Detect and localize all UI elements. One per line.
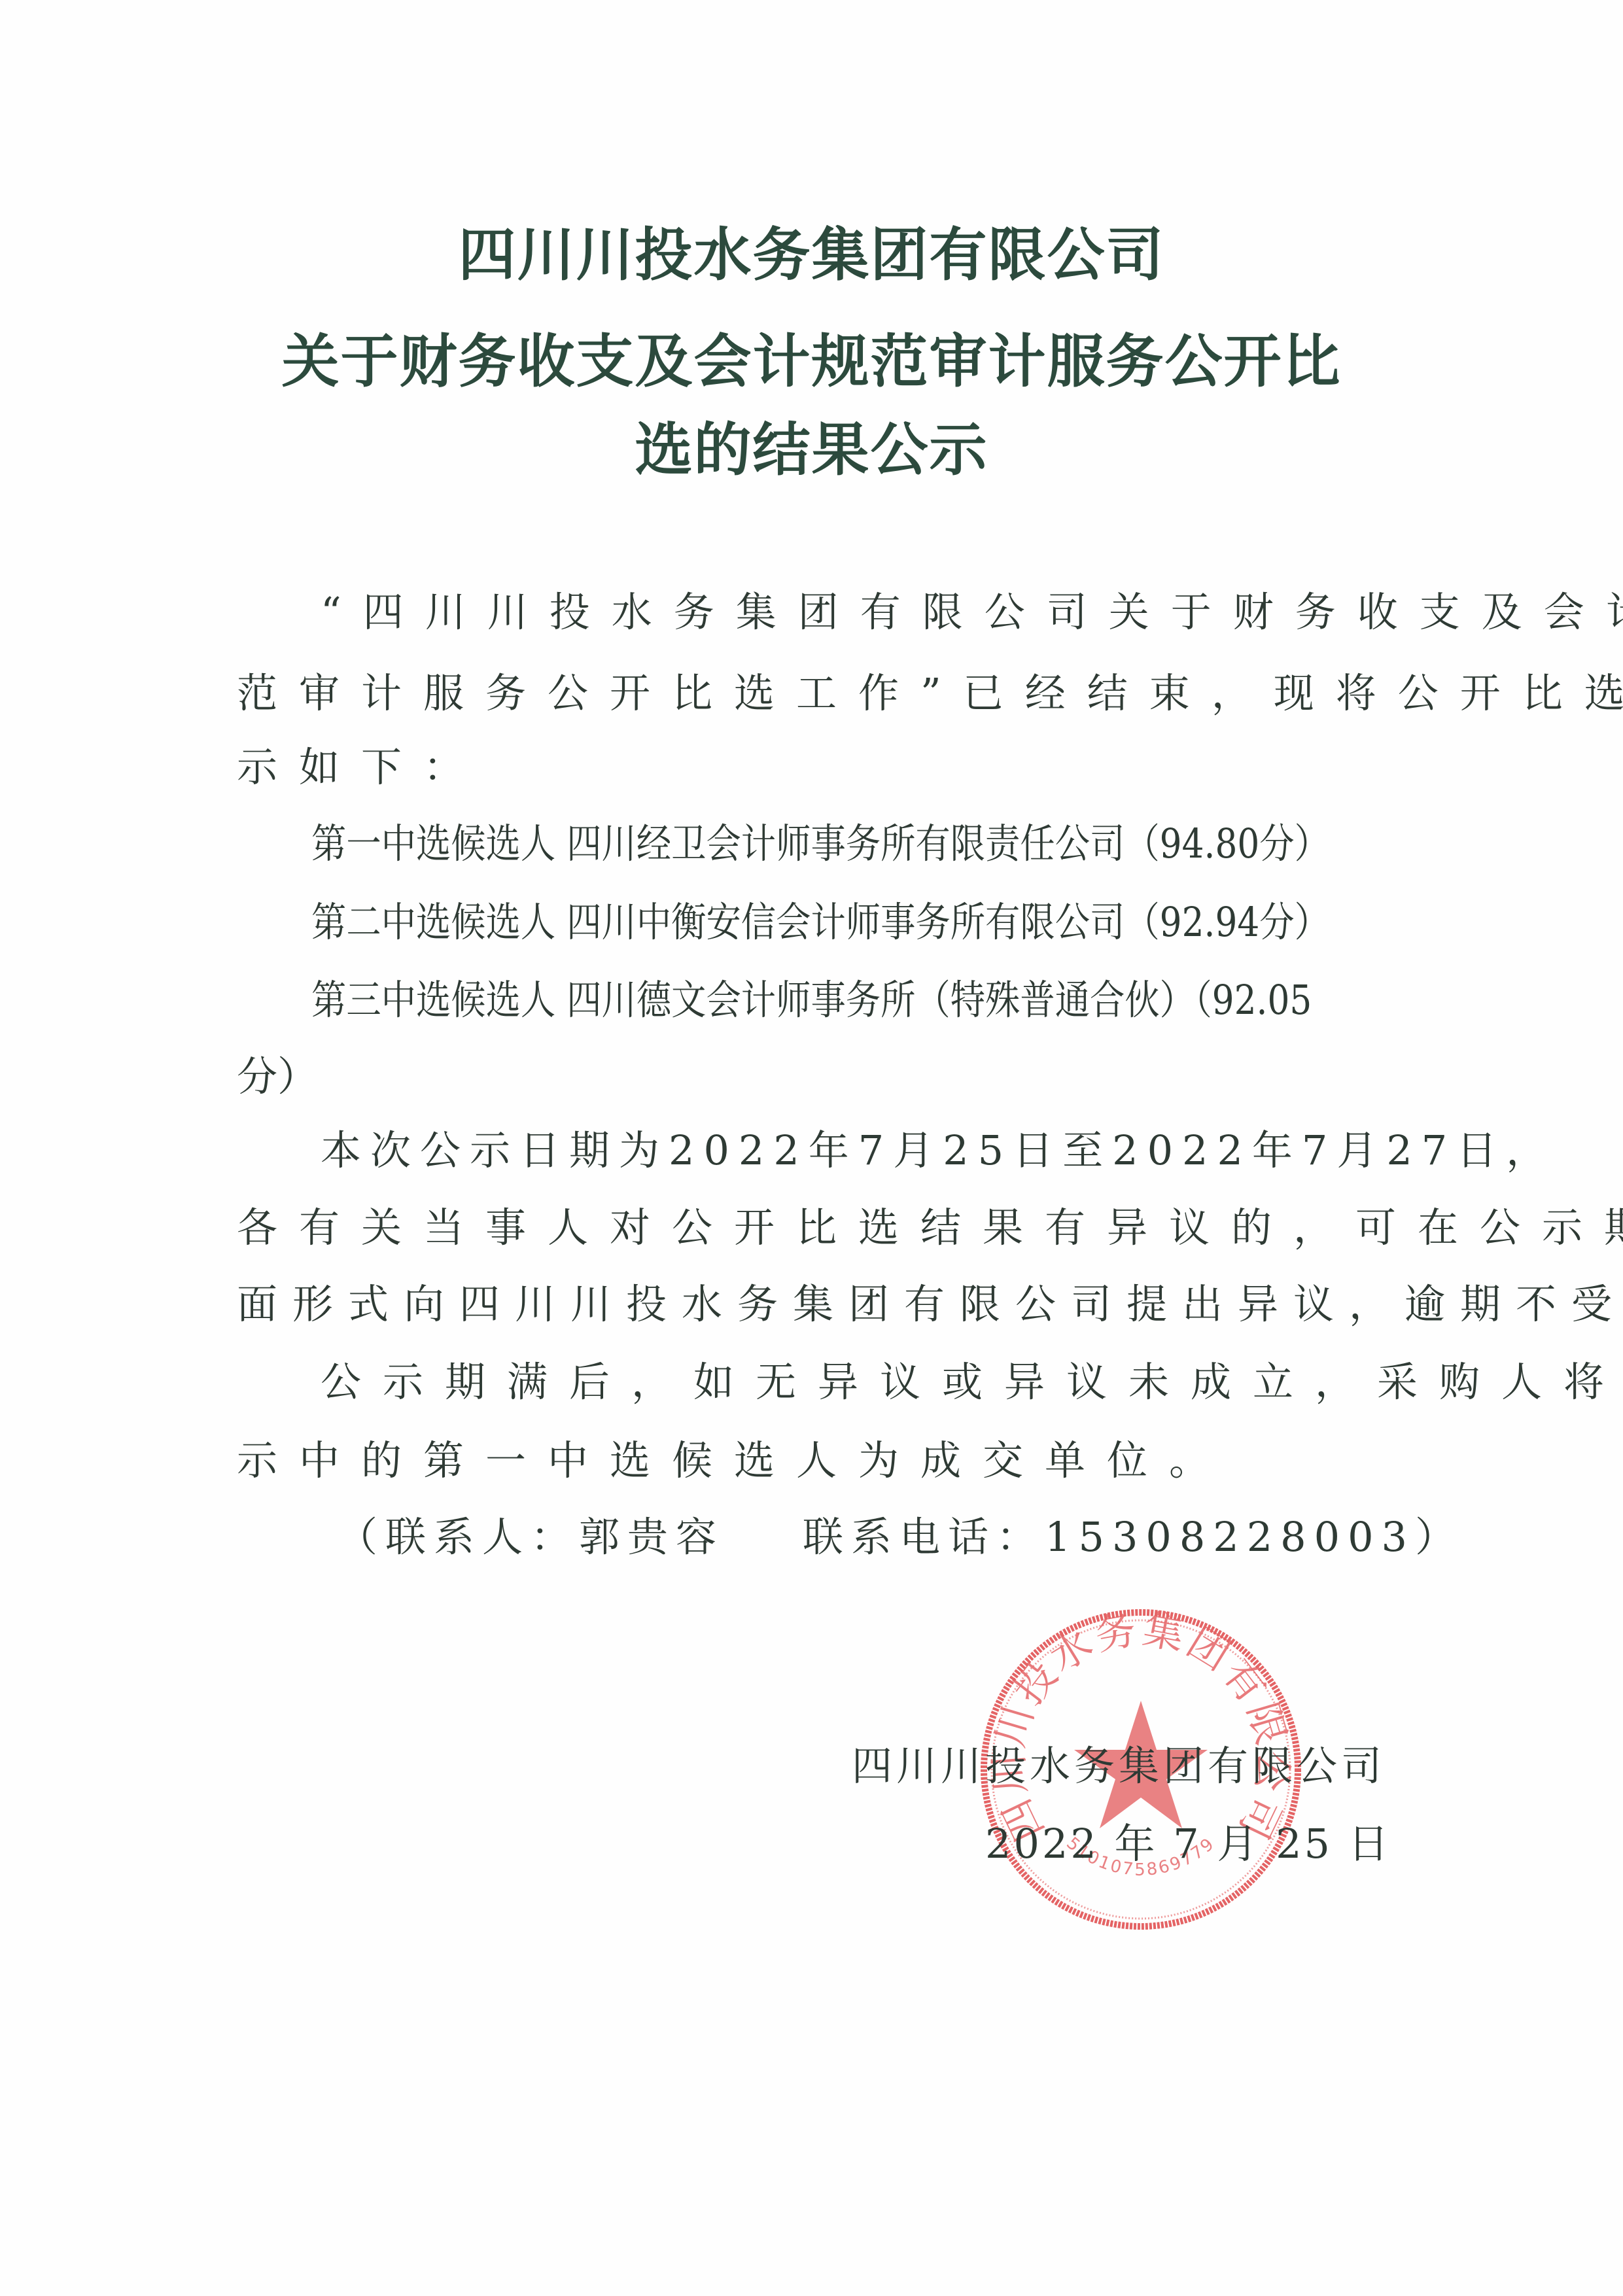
- candidate-name: 四川经卫会计师事务所有限责任公司: [567, 820, 1125, 867]
- candidate-rank: 第二中选候选人: [311, 898, 555, 946]
- title-line-2: 关于财务收支及会计规范审计服务公开比: [0, 329, 1623, 394]
- closing-line-1: 公示期满后，如无异议或异议未成立，采购人将确定公: [321, 1356, 1623, 1408]
- candidate-2: 第二中选候选人 四川中衡安信会计师事务所有限公司（92.94分）: [311, 896, 1329, 948]
- signature-date: 2022 年 7 月 25 日: [985, 1818, 1391, 1870]
- title-line-3: 选的结果公示: [0, 417, 1623, 483]
- contact-phone: 15308228003: [1045, 1513, 1415, 1561]
- candidate-score: （92.94分）: [1125, 898, 1329, 946]
- candidate-rank: 第一中选候选人: [311, 820, 555, 867]
- candidate-score: （94.80分）: [1125, 820, 1329, 867]
- contact-close-paren: ）: [1415, 1513, 1463, 1561]
- contact-person-name: 郭贵容: [579, 1513, 724, 1561]
- document-page: 四川川投水务集团有限公司 关于财务收支及会计规范审计服务公开比 选的结果公示 “…: [0, 0, 1623, 2296]
- publicity-line-1: 本次公示日期为2022年7月25日至2022年7月27日，: [321, 1124, 1556, 1177]
- publicity-line-3: 面形式向四川川投水务集团有限公司提出异议，逾期不受理。: [237, 1278, 1623, 1331]
- candidate-3-score-wrap: 分）: [237, 1051, 318, 1103]
- title-line-1: 四川川投水务集团有限公司: [0, 222, 1623, 288]
- intro-line-1: “四川川投水务集团有限公司关于财务收支及会计规: [321, 586, 1623, 638]
- closing-line-2: 示中的第一中选候选人为成交单位。: [237, 1435, 1231, 1487]
- candidate-3: 第三中选候选人 四川德文会计师事务所（特殊普通合伙）（92.05: [311, 974, 1312, 1026]
- signature-organization: 四川川投水务集团有限公司: [852, 1740, 1386, 1792]
- candidate-name: 四川中衡安信会计师事务所有限公司: [567, 898, 1125, 946]
- publicity-line-2: 各有关当事人对公开比选结果有异议的，可在公示期内以书: [237, 1202, 1623, 1254]
- candidate-1: 第一中选候选人 四川经卫会计师事务所有限责任公司（94.80分）: [311, 818, 1329, 870]
- contact-line: （联系人：郭贵容联系电话：15308228003）: [337, 1511, 1463, 1563]
- intro-line-2: 范审计服务公开比选工作”已经结束，现将公开比选结果公: [237, 667, 1623, 720]
- candidate-name: 四川德文会计师事务所（特殊普通合伙）: [567, 976, 1195, 1024]
- contact-phone-label: 联系电话：: [803, 1513, 1045, 1561]
- contact-open-paren: （: [337, 1513, 385, 1561]
- intro-line-3: 示如下：: [237, 741, 485, 793]
- candidate-score: （92.05: [1195, 976, 1312, 1024]
- contact-person-label: 联系人：: [385, 1513, 579, 1561]
- candidate-rank: 第三中选候选人: [311, 976, 555, 1024]
